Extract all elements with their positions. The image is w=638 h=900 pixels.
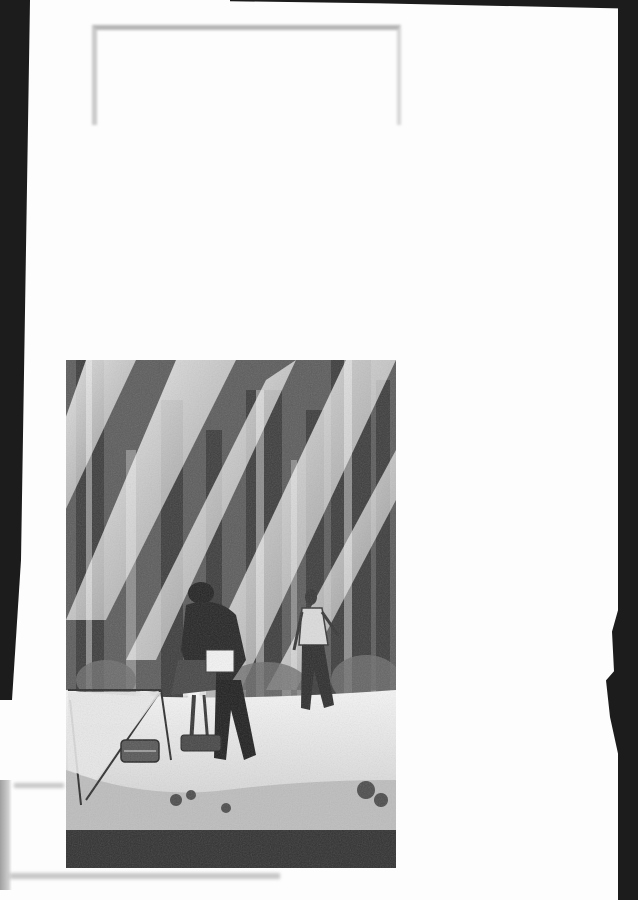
scan-smudge-dash [14,783,64,788]
forest-scene-illustration [66,360,396,868]
faint-stamp-frame [92,25,401,125]
illustration-panel [66,360,396,868]
scan-edge-notch [618,530,638,570]
scan-smudge-bottom [10,873,280,879]
scan-edge-top [230,0,638,12]
scan-edge-left [0,0,30,700]
